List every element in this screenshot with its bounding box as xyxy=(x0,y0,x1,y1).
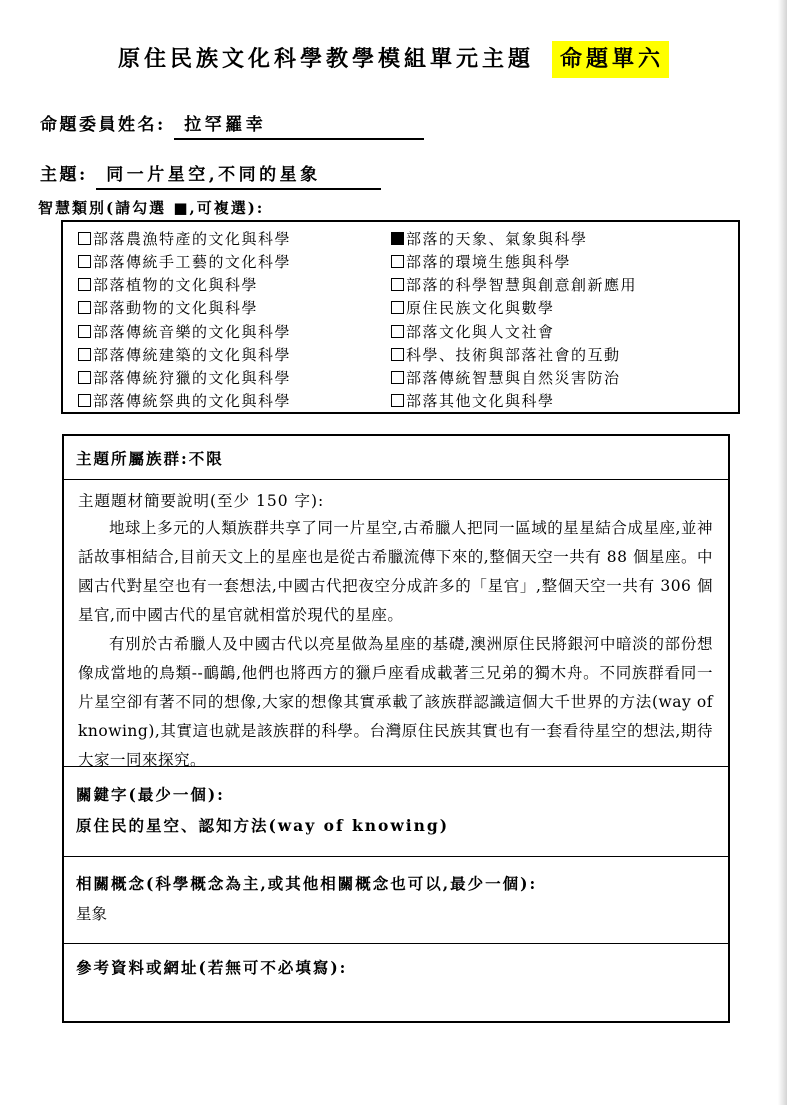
checkbox-icon[interactable] xyxy=(78,278,91,291)
category-option[interactable]: 部落其他文化與科學 xyxy=(391,389,738,412)
category-option-label: 部落動物的文化與科學 xyxy=(93,297,258,318)
category-column-right: 部落的天象、氣象與科學 部落的環境生態與科學 部落的科學智慧與創意創新應用 原住… xyxy=(391,227,738,412)
category-option-label: 原住民族文化與數學 xyxy=(406,297,555,318)
concepts-value: 星象 xyxy=(76,899,716,929)
category-option[interactable]: 原住民族文化與數學 xyxy=(391,296,738,319)
category-option[interactable]: 部落傳統建築的文化與科學 xyxy=(78,343,391,366)
checkbox-icon[interactable] xyxy=(78,394,91,407)
category-option[interactable]: 部落傳統智慧與自然災害防治 xyxy=(391,366,738,389)
references-row: 參考資料或網址(若無可不必填寫): xyxy=(64,943,728,1021)
checkbox-icon[interactable] xyxy=(78,348,91,361)
committee-value: 拉罕羅幸 xyxy=(174,110,424,140)
checkbox-icon[interactable] xyxy=(391,371,404,384)
category-option-label: 部落植物的文化與科學 xyxy=(93,274,258,295)
keywords-row: 關鍵字(最少一個): 原住民的星空、認知方法(way of knowing) xyxy=(64,766,728,856)
keywords-label: 關鍵字(最少一個): xyxy=(76,779,716,810)
category-option[interactable]: 部落傳統狩獵的文化與科學 xyxy=(78,366,391,389)
page-title-text: 原住民族文化科學教學模組單元主題 xyxy=(118,46,534,72)
topic-value: 同一片星空,不同的星象 xyxy=(96,160,381,190)
category-option-label: 部落傳統祭典的文化與科學 xyxy=(93,390,291,411)
references-label: 參考資料或網址(若無可不必填寫): xyxy=(76,956,716,978)
category-option-label: 部落傳統手工藝的文化科學 xyxy=(93,251,291,272)
checkbox-icon[interactable] xyxy=(391,255,404,268)
ethnic-group-row: 主題所屬族群:不限 xyxy=(64,436,728,479)
category-option-label: 部落文化與人文社會 xyxy=(406,321,555,342)
category-option[interactable]: 部落動物的文化與科學 xyxy=(78,296,391,319)
checkbox-icon[interactable] xyxy=(78,371,91,384)
category-option-label: 部落傳統智慧與自然災害防治 xyxy=(406,367,621,388)
checkbox-icon[interactable] xyxy=(391,301,404,314)
category-option-label: 部落傳統音樂的文化與科學 xyxy=(93,321,291,342)
keywords-value: 原住民的星空、認知方法(way of knowing) xyxy=(76,810,716,841)
category-option-label: 部落的天象、氣象與科學 xyxy=(406,228,588,249)
checkbox-icon[interactable] xyxy=(78,301,91,314)
topic-label: 主題: xyxy=(40,165,88,185)
concepts-row: 相關概念(科學概念為主,或其他相關概念也可以,最少一個): 星象 xyxy=(64,856,728,943)
category-option[interactable]: 部落傳統祭典的文化與科學 xyxy=(78,389,391,412)
checkbox-icon[interactable] xyxy=(391,325,404,338)
checkbox-icon[interactable] xyxy=(78,325,91,338)
summary-paragraph: 地球上多元的人類族群共享了同一片星空,古希臘人把同一區域的星星結合成星座,並神話… xyxy=(78,514,713,630)
detail-table: 主題所屬族群:不限 主題題材簡要說明(至少 150 字): 地球上多元的人類族群… xyxy=(62,434,730,1023)
category-option[interactable]: 部落的天象、氣象與科學 xyxy=(391,227,738,250)
committee-label: 命題委員姓名: xyxy=(40,115,166,135)
category-option-label: 科學、技術與部落社會的互動 xyxy=(406,344,621,365)
category-option-label: 部落其他文化與科學 xyxy=(406,390,555,411)
page-edge-shadow xyxy=(778,0,787,1105)
summary-row: 主題題材簡要說明(至少 150 字): 地球上多元的人類族群共享了同一片星空,古… xyxy=(64,479,728,766)
category-option-label: 部落傳統狩獵的文化與科學 xyxy=(93,367,291,388)
page-title: 原住民族文化科學教學模組單元主題命題單六 xyxy=(0,42,787,73)
checkbox-icon[interactable] xyxy=(78,255,91,268)
concepts-label: 相關概念(科學概念為主,或其他相關概念也可以,最少一個): xyxy=(76,869,716,899)
category-caption: 智慧類別(請勾選 ■,可複選): xyxy=(38,197,264,218)
topic-field: 主題: 同一片星空,不同的星象 xyxy=(40,160,381,190)
category-option[interactable]: 部落傳統手工藝的文化科學 xyxy=(78,250,391,273)
category-option-label: 部落的環境生態與科學 xyxy=(406,251,571,272)
summary-paragraph: 有別於古希臘人及中國古代以亮星做為星座的基礎,澳洲原住民將銀河中暗淡的部份想像成… xyxy=(78,630,713,775)
checkbox-icon[interactable] xyxy=(391,394,404,407)
category-option-label: 部落傳統建築的文化與科學 xyxy=(93,344,291,365)
checkbox-icon[interactable] xyxy=(391,232,404,245)
checkbox-icon[interactable] xyxy=(391,278,404,291)
committee-field: 命題委員姓名: 拉罕羅幸 xyxy=(40,110,424,140)
ethnic-group-label: 主題所屬族群:不限 xyxy=(76,447,224,469)
title-highlight-badge: 命題單六 xyxy=(552,41,669,78)
category-option[interactable]: 部落的科學智慧與創意創新應用 xyxy=(391,273,738,296)
checkbox-icon[interactable] xyxy=(391,348,404,361)
category-column-left: 部落農漁特產的文化與科學 部落傳統手工藝的文化科學 部落植物的文化與科學 部落動… xyxy=(78,227,391,412)
category-table: 部落農漁特產的文化與科學 部落傳統手工藝的文化科學 部落植物的文化與科學 部落動… xyxy=(61,220,740,414)
category-option[interactable]: 部落的環境生態與科學 xyxy=(391,250,738,273)
category-option[interactable]: 部落文化與人文社會 xyxy=(391,320,738,343)
checkbox-icon[interactable] xyxy=(78,232,91,245)
category-option[interactable]: 科學、技術與部落社會的互動 xyxy=(391,343,738,366)
summary-label: 主題題材簡要說明(至少 150 字): xyxy=(78,489,713,511)
category-option[interactable]: 部落傳統音樂的文化與科學 xyxy=(78,320,391,343)
category-option[interactable]: 部落植物的文化與科學 xyxy=(78,273,391,296)
category-option[interactable]: 部落農漁特產的文化與科學 xyxy=(78,227,391,250)
category-option-label: 部落的科學智慧與創意創新應用 xyxy=(406,274,637,295)
category-option-label: 部落農漁特產的文化與科學 xyxy=(93,228,291,249)
